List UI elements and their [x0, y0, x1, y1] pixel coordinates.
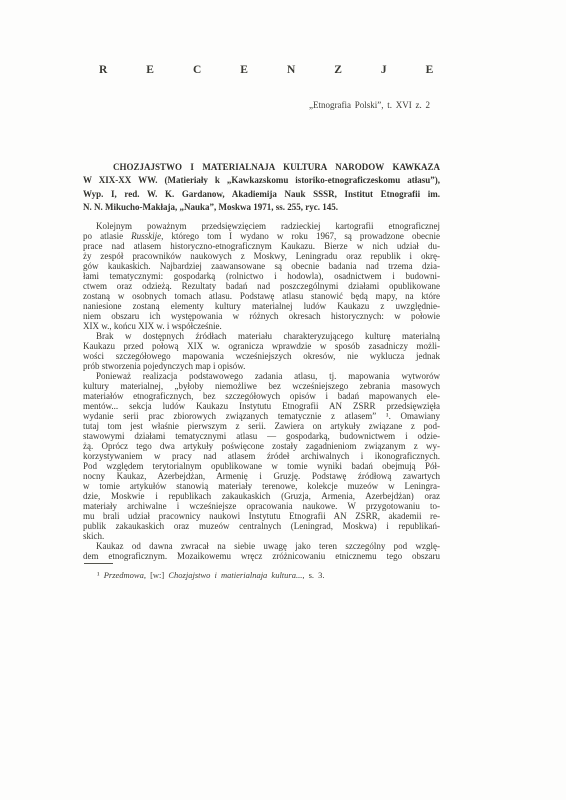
- text-line: Wyp. I, red. W. K. Gardanow, Akadiemija …: [83, 188, 440, 201]
- text-line: korzystywaniem w pracy nad atlasem źróde…: [83, 451, 440, 461]
- text-line: CHOZJAJSTWO I MATERIALNAJA KULTURA NAROD…: [83, 161, 440, 174]
- text-line: Ponieważ realizacja podstawowego zadania…: [83, 371, 440, 381]
- paragraph: Brak w dostępnych źródłach materiału cha…: [83, 331, 440, 371]
- text-line: kultury materialnej, „byłoby niemożliwe …: [83, 381, 440, 391]
- text-line: ¹ Przedmowa, [w:] Chozjajstwo i matieria…: [83, 570, 440, 580]
- text-line: naniesione zostaną elementy kultury mate…: [83, 301, 440, 311]
- text-line: publik zakaukaskich oraz muzeów centraln…: [83, 521, 440, 531]
- text-line: skich.: [83, 531, 440, 541]
- scanned-journal-page: RECENZJE „Etnografia Polski”, t. XVI z. …: [0, 0, 566, 800]
- text-line: mentów... sekcja ludów Kaukazu Instytutu…: [83, 401, 440, 411]
- text-line: Kolejnym poważnym przedsięwzięciem radzi…: [83, 221, 440, 231]
- book-citation: CHOZJAJSTWO I MATERIALNAJA KULTURA NAROD…: [83, 161, 440, 215]
- paragraph: Kaukaz od dawna zwracał na siebie uwagę …: [83, 541, 440, 561]
- text-line: Kaukazu przed połową XIX w. ogranicza wp…: [83, 341, 440, 351]
- text-line: materiały archiwalne i wcześniejsze opra…: [83, 501, 440, 511]
- text-line: ży zespół pracowników naukowych z Moskwy…: [83, 251, 440, 261]
- footnote-rule: [84, 563, 113, 564]
- text-line: XIX w., końcu XIX w. i współcześnie.: [83, 321, 440, 331]
- text-line: mu brali udział pracownicy naukowi Insty…: [83, 511, 440, 521]
- footnote: ¹ Przedmowa, [w:] Chozjajstwo i matieria…: [83, 570, 440, 580]
- text-line: dem etnograficznym. Mozaikowemu wręcz zr…: [83, 551, 440, 561]
- text-line: żą. Oprócz tego dwa artykuły poświęcone …: [83, 441, 440, 451]
- text-line: niem obszaru ich występowania w różnych …: [83, 311, 440, 321]
- text-line: gów kaukaskich. Najbardziej zaawansowane…: [83, 261, 440, 271]
- text-line: zostaną w osobnych tomach atlasu. Podsta…: [83, 291, 440, 301]
- text-line: materiałów etnograficznych, bez szczegół…: [83, 391, 440, 401]
- text-line: w tomie artykułów stanowią materiały ter…: [83, 481, 440, 491]
- text-line: prace nad atlasem historyczno-etnografic…: [83, 241, 440, 251]
- text-line: wości szczegółowego mapowania wcześniejs…: [83, 351, 440, 361]
- text-line: wydanie serii prac zbiorowych związanych…: [83, 411, 440, 421]
- text-line: Brak w dostępnych źródłach materiału cha…: [83, 331, 440, 341]
- journal-reference: „Etnografia Polski”, t. XVI z. 2: [309, 100, 430, 110]
- text-line: Kaukaz od dawna zwracał na siebie uwagę …: [83, 541, 440, 551]
- text-line: ctwem oraz odzieżą. Rezultaty badań nad …: [83, 281, 440, 291]
- text-line: Pod względem terytorialnym opublikowane …: [83, 461, 440, 471]
- paragraph: Ponieważ realizacja podstawowego zadania…: [83, 371, 440, 541]
- paragraph: Kolejnym poważnym przedsięwzięciem radzi…: [83, 221, 440, 331]
- text-line: prób stworzenia pojedynczych map i opisó…: [83, 361, 440, 371]
- section-heading: RECENZJE: [99, 64, 472, 76]
- text-line: W XIX-XX WW. (Matieriały k „Kawkazskomu …: [83, 174, 440, 187]
- text-line: N. N. Mikucho-Makłaja, „Nauka”, Moskwa 1…: [83, 201, 440, 214]
- text-line: stawowymi działami tematycznymi atlasu —…: [83, 431, 440, 441]
- review-body: Kolejnym poważnym przedsięwzięciem radzi…: [83, 221, 440, 561]
- text-line: nocny Kaukaz, Azerbejdżan, Armenię i Gru…: [83, 471, 440, 481]
- text-line: tutaj tom jest właśnie pierwszym z serii…: [83, 421, 440, 431]
- text-line: dzie, Moskwie i republikach zakaukaskich…: [83, 491, 440, 501]
- text-line: po atlasie Russkije, którego tom I wydan…: [83, 231, 440, 241]
- text-line: łami tematycznymi: gospodarką (rolnictwo…: [83, 271, 440, 281]
